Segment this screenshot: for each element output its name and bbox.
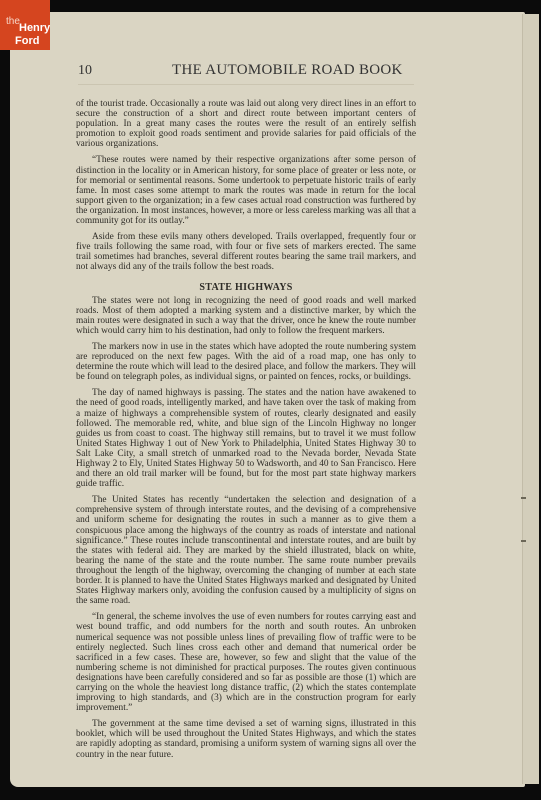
paragraph: “In general, the scheme involves the use…	[76, 612, 416, 713]
running-title: THE AUTOMOBILE ROAD BOOK	[172, 62, 403, 79]
binding-mark	[521, 497, 526, 499]
paragraph: The markers now in use in the states whi…	[76, 342, 416, 382]
page-number: 10	[78, 63, 92, 79]
paragraph: The day of named highways is passing. Th…	[76, 388, 416, 489]
logo-text-henry: Henry	[19, 22, 50, 34]
page-body: of the tourist trade. Occasionally a rou…	[76, 99, 416, 766]
paragraph: Aside from these evils many others devel…	[76, 232, 416, 272]
paragraph: The government at the same time devised …	[76, 719, 416, 759]
logo-text-ford: Ford	[15, 35, 39, 47]
paragraph: “These routes were named by their respec…	[76, 155, 416, 226]
paragraph: The states were not long in recognizing …	[76, 296, 416, 336]
page-edge	[522, 14, 539, 784]
binding-mark	[521, 540, 526, 542]
page-header: 10 THE AUTOMOBILE ROAD BOOK	[78, 60, 414, 85]
henry-ford-logo: the Henry Ford	[0, 0, 50, 50]
logo-text-the: the	[6, 16, 20, 27]
section-heading: STATE HIGHWAYS	[76, 283, 416, 293]
paragraph: The United States has recently “undertak…	[76, 495, 416, 606]
paragraph: of the tourist trade. Occasionally a rou…	[76, 99, 416, 149]
